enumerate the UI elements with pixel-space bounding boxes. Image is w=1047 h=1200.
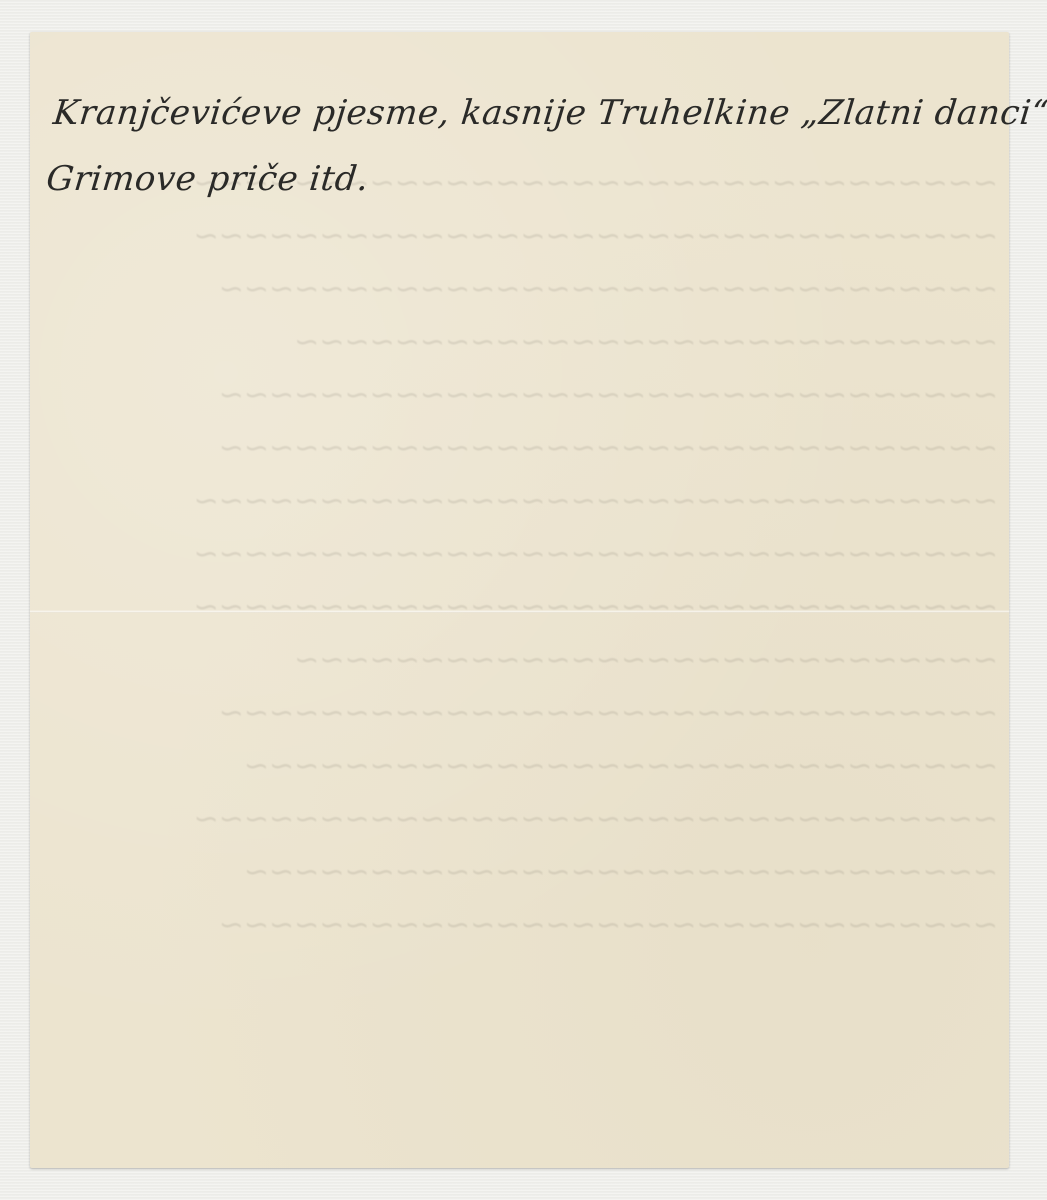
bleed-line: ~~~~~~~~~~~~~~~~~~~~~~~~~~~~~~~~: [78, 793, 998, 846]
bleed-line: ~~~~~~~~~~~~~~~~~~~~~~~~~~~~~~~~: [78, 528, 998, 581]
bleed-line: ~~~~~~~~~~~~~~~~~~~~~~~~~~~~: [78, 316, 998, 369]
bleed-line: ~~~~~~~~~~~~~~~~~~~~~~~~~~~~~~~: [78, 422, 998, 475]
handwritten-line: Kranjčevićeve pjesme, kasnije Truhelkine…: [50, 80, 1007, 146]
handwritten-line: Grimove priče itd.: [43, 146, 1000, 212]
bleed-line: ~~~~~~~~~~~~~~~~~~~~~~~~~~~~~~~~: [78, 581, 998, 634]
handwritten-text: Kranjčevićeve pjesme, kasnije Truhelkine…: [43, 80, 1007, 212]
bleed-line: ~~~~~~~~~~~~~~~~~~~~~~~~~~~~~~~: [78, 899, 998, 952]
bleed-line: ~~~~~~~~~~~~~~~~~~~~~~~~~~~~~~~: [78, 369, 998, 422]
bleed-line: ~~~~~~~~~~~~~~~~~~~~~~~~~~~~~~~~: [78, 475, 998, 528]
bleed-line: ~~~~~~~~~~~~~~~~~~~~~~~~~~~~~~: [78, 740, 998, 793]
bleed-line: ~~~~~~~~~~~~~~~~~~~~~~~~~~~~~~: [78, 846, 998, 899]
letter-page: ~~~~~~~~~~~~~~~~~~~~~~~~~~~~~~~~ ~~~~~~~…: [30, 32, 1009, 1168]
fold-crease: [30, 610, 1009, 613]
bleed-line: ~~~~~~~~~~~~~~~~~~~~~~~~~~~~~~~~: [78, 210, 998, 263]
bleed-line: ~~~~~~~~~~~~~~~~~~~~~~~~~~~~~~~: [78, 263, 998, 316]
bleed-through-text: ~~~~~~~~~~~~~~~~~~~~~~~~~~~~~~~~ ~~~~~~~…: [78, 157, 998, 952]
bleed-line: ~~~~~~~~~~~~~~~~~~~~~~~~~~~~~~~: [78, 687, 998, 740]
bleed-line: ~~~~~~~~~~~~~~~~~~~~~~~~~~~~: [78, 634, 998, 687]
